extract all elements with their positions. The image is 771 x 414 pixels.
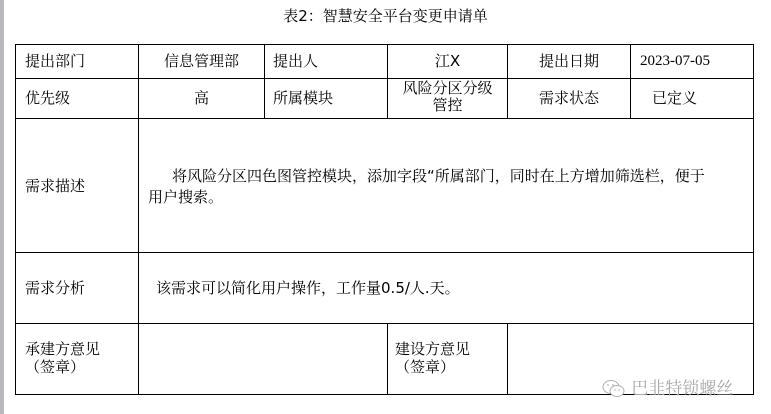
table-border [15,44,754,45]
module-label: 所属模块 [273,89,333,107]
date-value: 2023-07-05 [640,52,710,70]
table-border [264,44,265,119]
dept-value: 信息管理部 [139,52,264,70]
table-border [15,44,16,395]
table-border [753,44,754,395]
table-border [15,78,754,79]
priority-value: 高 [139,89,264,107]
contractor-opinion-label-line1: 承建方意见 [25,340,100,358]
window-edge [0,0,4,414]
analysis-label: 需求分析 [25,279,85,297]
wechat-icon [602,379,631,399]
owner-opinion-label-line1: 建设方意见 [395,340,470,358]
analysis-text: 该需求可以简化用户操作，工作量0.5/人.天。 [156,279,460,297]
watermark-text: 巴韭特锁螺丝 [631,379,733,399]
dept-label: 提出部门 [25,52,85,70]
date-label: 提出日期 [508,52,630,70]
description-text-line1: 将风险分区四色图管控模块，添加字段“所属部门，同时在上方增加筛选栏，便于 [148,166,705,187]
table-border [387,323,388,395]
watermark: 巴韭特锁螺丝 [602,374,733,399]
contractor-opinion-label-line2: （签章） [25,358,85,376]
description-label: 需求描述 [25,177,85,195]
table-border [15,252,754,253]
table-border [630,44,631,119]
document-title: 表2：智慧安全平台变更申请单 [0,6,771,26]
person-label: 提出人 [273,52,318,70]
description-line1: 将风险分区四色图管控模块，添加字段“所属部门，同时在上方增加筛选栏，便于 [172,167,705,185]
priority-label: 优先级 [25,89,70,107]
contractor-opinion-field[interactable] [139,324,387,394]
module-value-line1: 风险分区分级 [388,79,507,97]
status-value: 已定义 [652,89,697,107]
table-border [15,118,754,119]
module-value-line2: 管控 [388,96,507,114]
owner-opinion-label-line2: （签章） [395,358,455,376]
status-label: 需求状态 [508,89,630,107]
person-value: 江X [388,52,507,70]
description-text-line2: 用户搜索。 [148,187,223,208]
